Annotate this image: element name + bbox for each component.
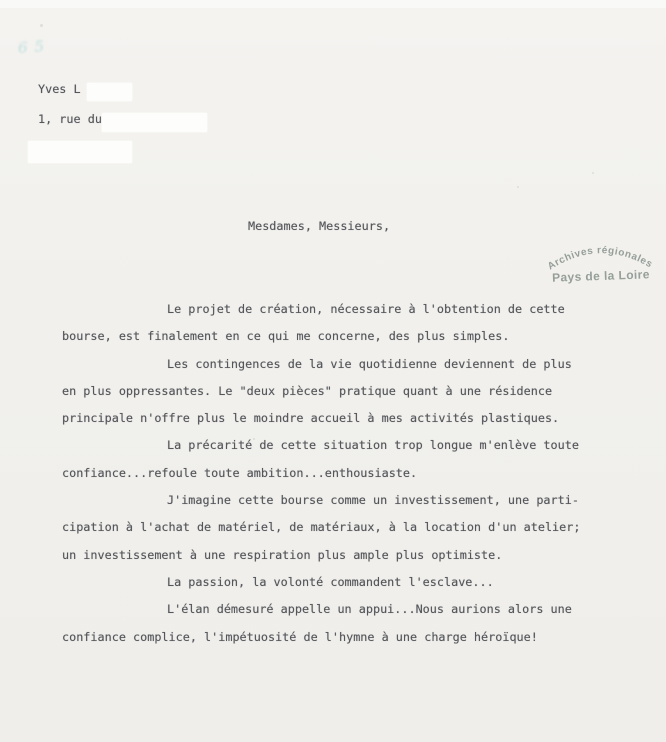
paper-speck <box>592 172 594 174</box>
salutation: Mesdames, Messieurs, <box>248 218 390 234</box>
body-line: L'élan démesuré appelle un appui...Nous … <box>62 596 652 623</box>
paper-speck <box>40 24 43 27</box>
body-line: un investissement à une respiration plus… <box>62 542 652 569</box>
body-line: cipation à l'achat de matériel, de matér… <box>62 514 652 541</box>
redaction-box <box>87 83 132 101</box>
body-line: confiance...refoule toute ambition...ent… <box>62 460 652 487</box>
scan-edge <box>0 0 666 8</box>
letter-body: Le projet de création, nécessaire à l'ob… <box>62 296 652 651</box>
body-line: La précarité de cette situation trop lon… <box>62 432 652 459</box>
body-line: La passion, la volonté commandent l'escl… <box>62 569 652 596</box>
redaction-box <box>102 113 207 132</box>
body-line: confiance complice, l'impétuosité de l'h… <box>62 624 652 651</box>
archives-stamp: Archives régionales Pays de la Loire <box>535 234 665 290</box>
body-line: principale n'offre plus le moindre accue… <box>62 405 652 432</box>
sender-name: Yves L <box>38 81 81 97</box>
body-line: en plus oppressantes. Le "deux pièces" p… <box>62 378 652 405</box>
sender-address: 1, rue du <box>38 111 102 127</box>
paper-speck <box>517 186 519 188</box>
redaction-box <box>28 141 132 163</box>
stamp-sub-text: Pays de la Loire <box>552 267 650 284</box>
body-line: J'imagine cette bourse comme un investis… <box>62 487 652 514</box>
body-line: Les contingences de la vie quotidienne d… <box>62 351 652 378</box>
letter-page: 65 Yves L 1, rue du Mesdames, Messieurs,… <box>0 0 666 742</box>
body-line: Le projet de création, nécessaire à l'ob… <box>62 296 652 323</box>
pencil-annotation: 65 <box>17 37 51 57</box>
body-line: bourse, est finalement en ce qui me conc… <box>62 323 652 350</box>
